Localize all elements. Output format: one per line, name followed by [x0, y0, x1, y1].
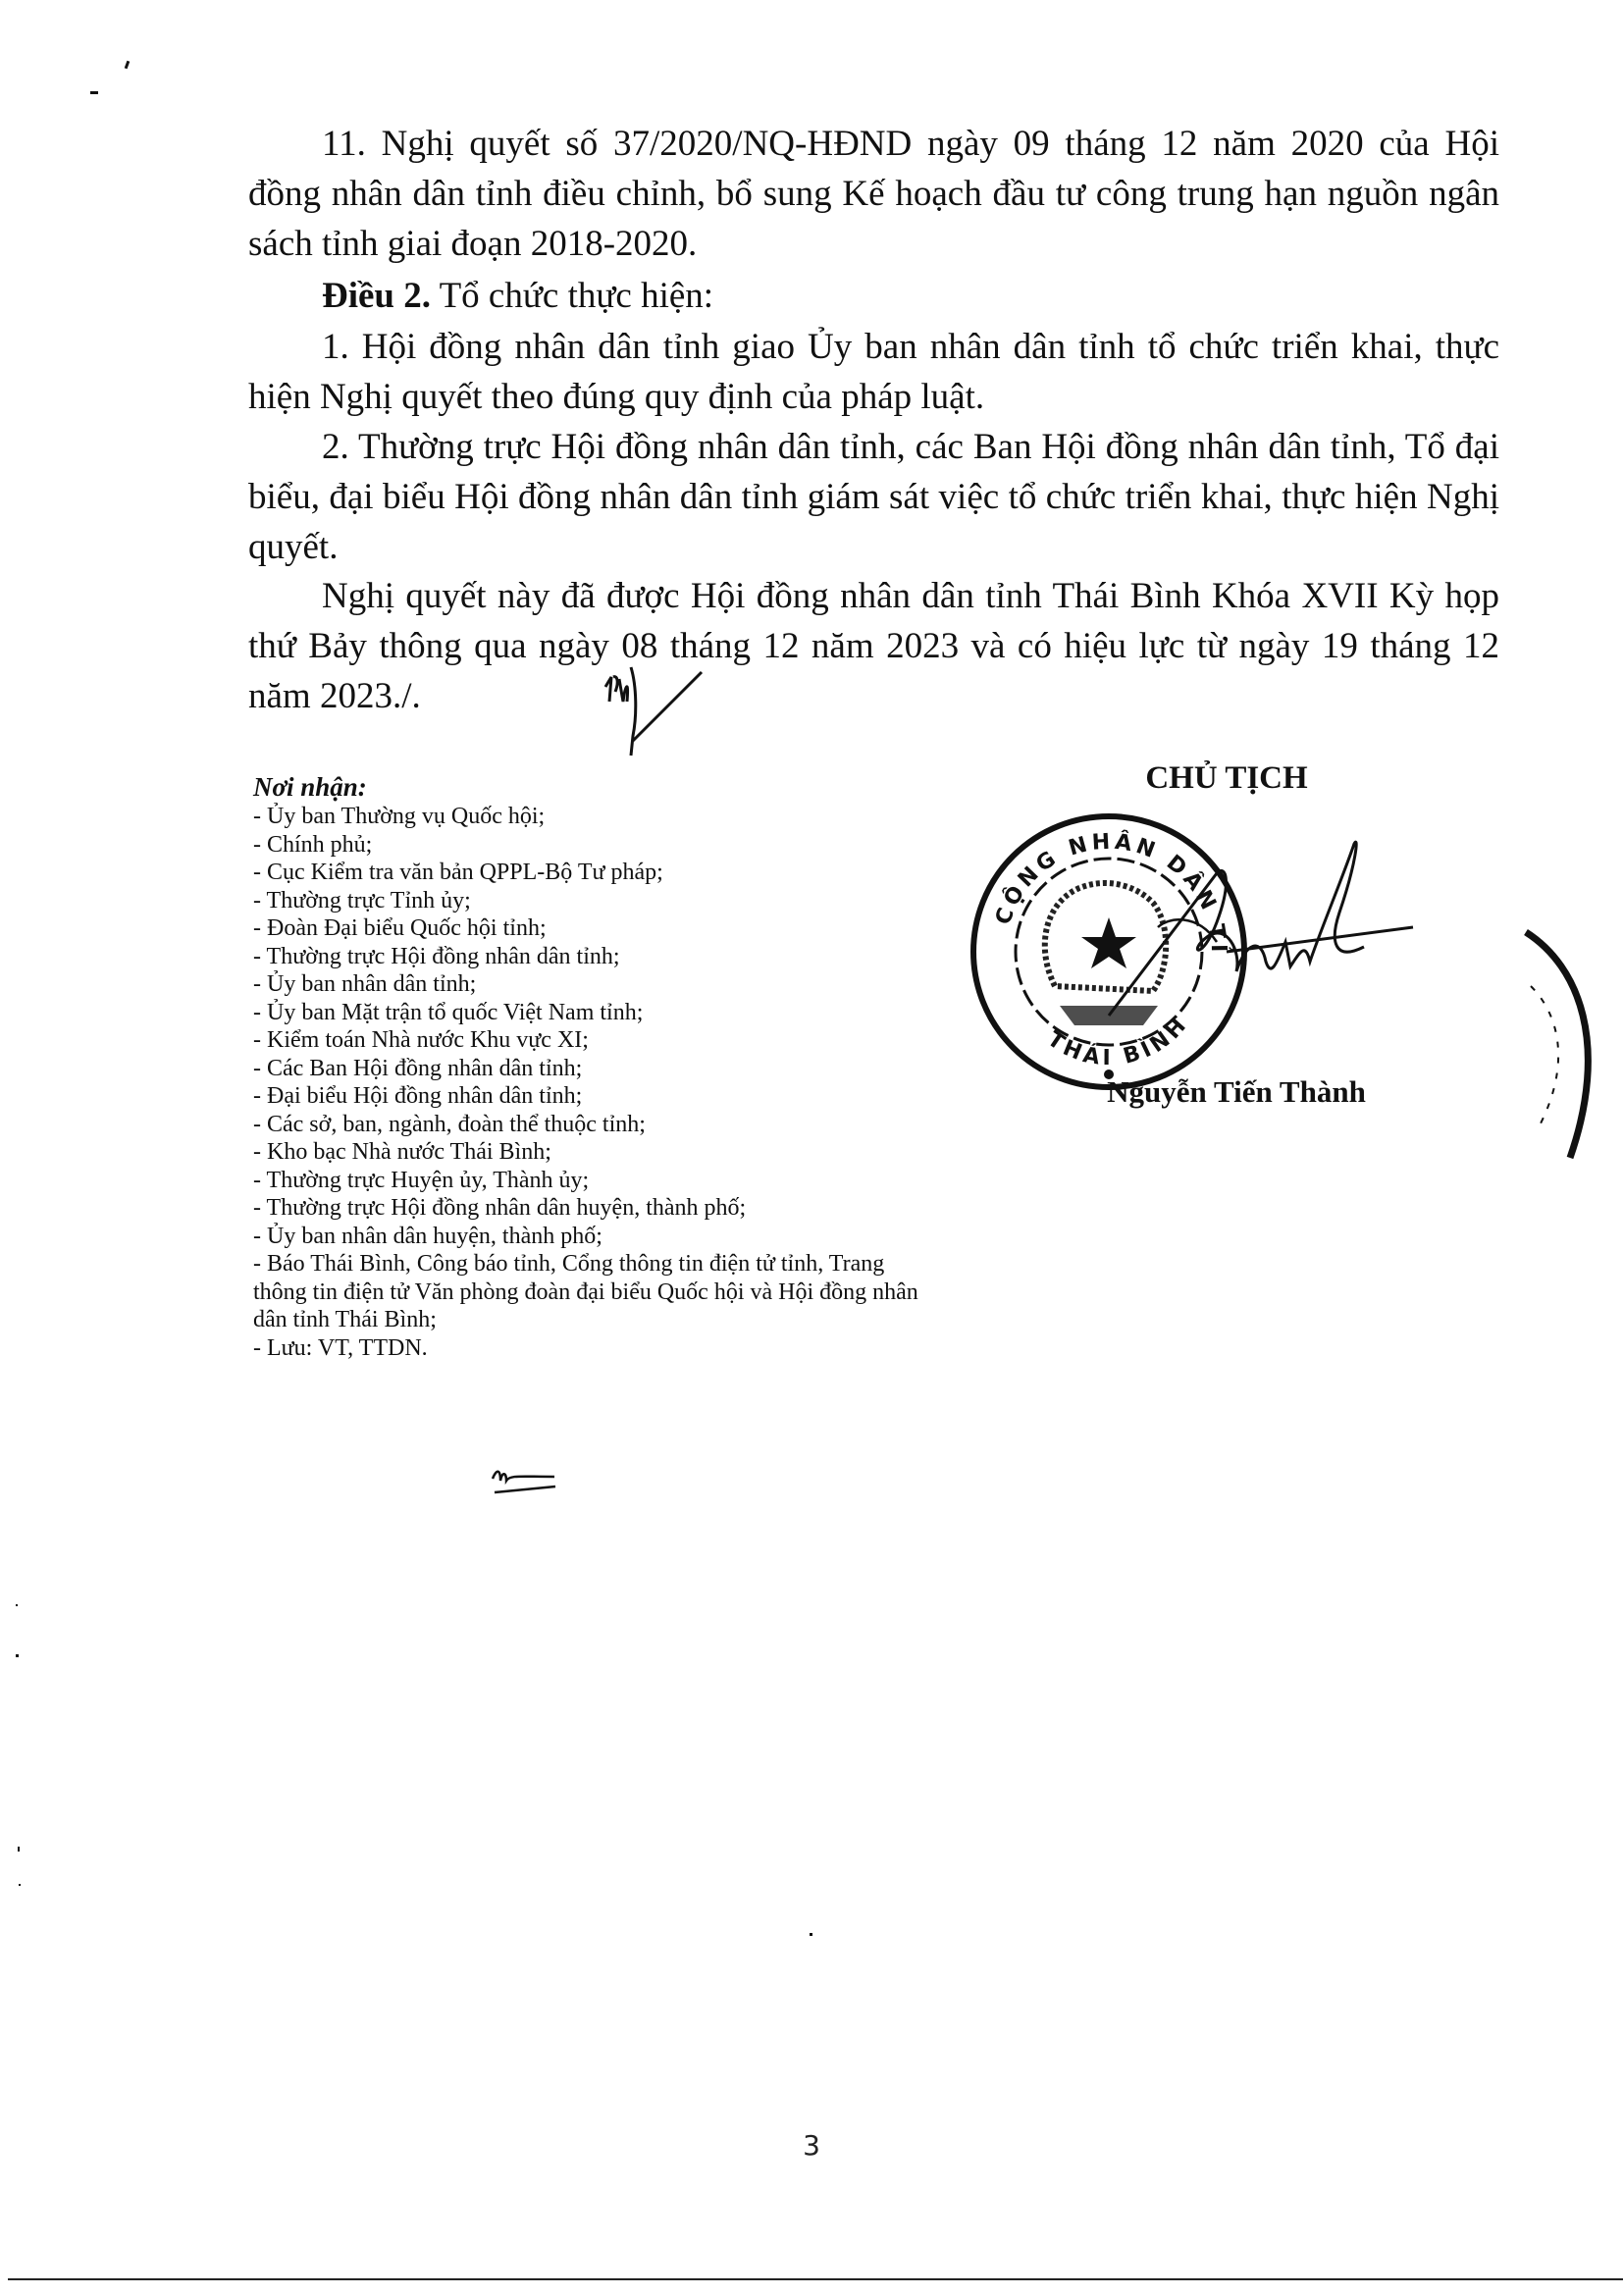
recipient-item: - Đại biểu Hội đồng nhân dân tỉnh; [253, 1082, 940, 1111]
handwritten-initial-icon [491, 1467, 559, 1496]
document-page: 11. Nghị quyết số 37/2020/NQ-HĐND ngày 0… [0, 0, 1623, 2296]
closing-paragraph: Nghị quyết này đã được Hội đồng nhân dân… [248, 571, 1499, 721]
clause-1: 1. Hội đồng nhân dân tỉnh giao Ủy ban nh… [248, 322, 1499, 422]
initial-mark-icon [603, 648, 711, 765]
scan-speck [19, 1884, 21, 1886]
recipient-item: - Thường trực Hội đồng nhân dân huyện, t… [253, 1194, 940, 1223]
seal-text-left: CỘNG [991, 845, 1064, 928]
recipient-item: - Đoàn Đại biểu Quốc hội tỉnh; [253, 914, 940, 943]
page-number: 3 [0, 2129, 1623, 2162]
recipient-item: - Các sở, ban, ngành, đoàn thể thuộc tỉn… [253, 1111, 940, 1139]
recipient-item: - Thường trực Tỉnh ủy; [253, 887, 940, 915]
recipient-item: - Thường trực Hội đồng nhân dân tỉnh; [253, 943, 940, 971]
recipient-item: - Báo Thái Bình, Công báo tỉnh, Cổng thô… [253, 1250, 940, 1334]
signer-title: CHỦ TỊCH [1079, 760, 1374, 797]
recipient-item: - Ủy ban nhân dân huyện, thành phố; [253, 1223, 940, 1251]
signature-icon [1099, 834, 1433, 1060]
recipients-block: Nơi nhận: - Ủy ban Thường vụ Quốc hội; -… [253, 771, 940, 1362]
article-2-title: Tổ chức thực hiện: [431, 276, 713, 316]
recipients-list: - Ủy ban Thường vụ Quốc hội; - Chính phủ… [253, 803, 940, 1362]
scan-speck [810, 1933, 812, 1936]
scan-speck [125, 61, 131, 70]
recipients-heading: Nơi nhận: [253, 771, 940, 803]
recipient-item: - Ủy ban Thường vụ Quốc hội; [253, 803, 940, 831]
seal-edge-icon [1511, 927, 1619, 1163]
recipient-item: - Các Ban Hội đồng nhân dân tỉnh; [253, 1055, 940, 1083]
recipient-item: - Kho bạc Nhà nước Thái Bình; [253, 1138, 940, 1167]
recipient-item: - Cục Kiểm tra văn bản QPPL-Bộ Tư pháp; [253, 859, 940, 887]
scan-speck [16, 1604, 18, 1606]
footer-rule [8, 2278, 1623, 2280]
signer-name: Nguyễn Tiến Thành [1040, 1074, 1433, 1110]
scan-speck [90, 91, 98, 94]
clause-2: 2. Thường trực Hội đồng nhân dân tỉnh, c… [248, 422, 1499, 572]
article-2-heading: Điều 2. Tổ chức thực hiện: [248, 271, 1499, 321]
scan-speck [18, 1847, 20, 1852]
recipient-item: - Thường trực Huyện ủy, Thành ủy; [253, 1167, 940, 1195]
recipient-item: - Ủy ban Mặt trận tổ quốc Việt Nam tỉnh; [253, 999, 940, 1027]
scan-speck [16, 1654, 19, 1657]
recipient-item: - Lưu: VT, TTDN. [253, 1334, 940, 1363]
recipient-item: - Ủy ban nhân dân tỉnh; [253, 970, 940, 999]
recipient-item: - Kiểm toán Nhà nước Khu vực XI; [253, 1026, 940, 1055]
article-2-label: Điều 2. [322, 276, 431, 316]
paragraph-item-11: 11. Nghị quyết số 37/2020/NQ-HĐND ngày 0… [248, 119, 1499, 269]
recipient-item: - Chính phủ; [253, 831, 940, 860]
